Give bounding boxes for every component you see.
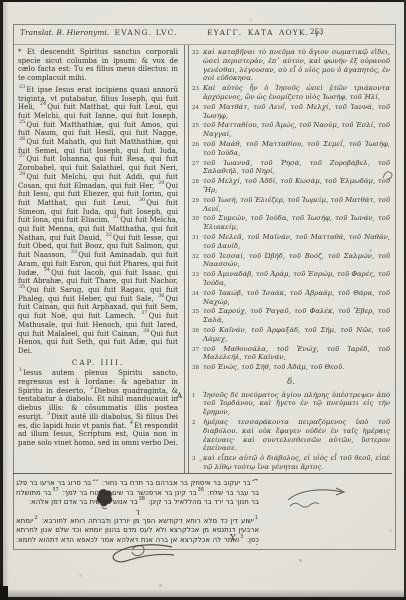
verse-number: 38 xyxy=(143,328,149,334)
column-divider-rule xyxy=(184,45,189,473)
verse-number: 28 xyxy=(192,177,203,195)
latin-genealogy-paragraph: 23Et ipse Iesus erat incipiens quasi ann… xyxy=(18,86,178,356)
greek-verse-row: 2ἡμέρας τεσσαράκοντα πειραζόμενος ὑπὸ το… xyxy=(192,418,390,453)
greek-verse-row: 27τοῦ Ἰωαννᾶ, τοῦ Ῥησά, τοῦ Ζοροβάβελ, τ… xyxy=(192,159,390,177)
verse-text: τοῦ Ἰωαννᾶ, τοῦ Ῥησά, τοῦ Ζοροβάβελ, τοῦ… xyxy=(203,159,390,177)
greek-verse-row: 29τοῦ Ἰωσή, τοῦ Ἐλιέζερ, τοῦ Ἰωρείμ, τοῦ… xyxy=(192,196,390,214)
verse-text: τοῦ Ἰακώβ, τοῦ Ἰσαάκ, τοῦ Ἀβραάμ, τοῦ Θά… xyxy=(203,289,390,307)
verse-number: 4 xyxy=(255,544,258,545)
scan-edge-corner xyxy=(0,586,8,600)
margin-letter-a: A xyxy=(177,392,182,400)
verse-number: 34 xyxy=(192,289,203,307)
verse-number: 36 xyxy=(158,293,164,299)
greek-verse-row: 25τοῦ Ματταθίου, τοῦ Ἀμώς, τοῦ Ναούμ, το… xyxy=(192,121,390,139)
greek-verse-row: 3καὶ εἶπεν αὐτῷ ὁ διάβολος, εἰ υἱὸς εἶ τ… xyxy=(192,454,390,472)
verse-number: 2 xyxy=(35,515,38,521)
verse-number: 29 xyxy=(158,180,164,186)
scan-edge-left xyxy=(0,0,3,600)
page-number: 253 xyxy=(310,28,323,36)
greek-verse-row: 36τοῦ Καϊνάν, τοῦ Ἀρφαξάδ, τοῦ Σήμ, τοῦ … xyxy=(192,326,390,344)
bottom-section-rule xyxy=(13,473,392,474)
verse-number: 27 xyxy=(192,159,203,177)
verse-number: 34 xyxy=(252,479,258,483)
verse-number: 35 xyxy=(192,307,203,325)
verse-text: τοῦ Ἐνώς, τοῦ Σήθ, τοῦ Ἀδάμ, τοῦ Θεοῦ. xyxy=(203,363,390,373)
latin-book-title: EVANG. LVC. xyxy=(115,28,178,37)
header-rule xyxy=(13,44,394,45)
verse-number: 36 xyxy=(192,326,203,344)
verse-number: 1 xyxy=(192,391,203,417)
greek-genealogy-verses: 23Καὶ αὐτὸς ἦν ὁ Ἰησοῦς ὡσεὶ ἐτῶν τριάκο… xyxy=(192,84,390,373)
ink-blot xyxy=(94,487,116,511)
verse-text: τοῦ Ἰωσή, τοῦ Ἐλιέζερ, τοῦ Ἰωρείμ, τοῦ Μ… xyxy=(203,196,390,214)
latin-column: * Et descendit Spiritus sanctus corporal… xyxy=(18,48,178,472)
verse-number: 24 xyxy=(192,103,203,121)
verse-text: τοῦ Μελχί, τοῦ Ἀδδί, τοῦ Κωσάμ, τοῦ Ἐλμω… xyxy=(203,177,390,195)
verse-number: 3 xyxy=(47,411,50,417)
verse-text: τοῦ Μαάθ, τοῦ Ματταθίου, τοῦ Σεμεΐ, τοῦ … xyxy=(203,140,390,158)
greek-verse-row: 33τοῦ Ἀμιναδάβ, τοῦ Ἀράμ, τοῦ Ἐσρώμ, τοῦ… xyxy=(192,270,390,288)
verse-number: 25 xyxy=(192,121,203,139)
syriac-section: 34בר יעקוב בר איסחק בר אברהם בר תרח בר נ… xyxy=(16,479,259,545)
scan-shade-left xyxy=(3,0,9,600)
verse-text: τοῦ Μαθουσάλα, τοῦ Ἑνώχ, τοῦ Ἰαρέδ, τοῦ … xyxy=(203,345,390,363)
greek-verse-row: 38τοῦ Ἐνώς, τοῦ Σήθ, τοῦ Ἀδάμ, τοῦ Θεοῦ. xyxy=(192,363,390,373)
verse-number: 3 xyxy=(240,534,243,540)
latin-chapter4-paragraph: 1Iesus autem plenus Spiritu sancto, regr… xyxy=(18,369,178,447)
verse-number: 2 xyxy=(192,418,203,453)
greek-column: 22καὶ καταβῆναι τὸ πνεῦμα τὸ ἅγιον σωματ… xyxy=(192,48,390,472)
greek-opening-verse: 22καὶ καταβῆναι τὸ πνεῦμα τὸ ἅγιον σωματ… xyxy=(192,48,390,83)
verse-text: τοῦ Συμεών, τοῦ Ἰούδα, τοῦ Ἰωσήφ, τοῦ Ἰω… xyxy=(203,214,390,232)
verse-number: 38 xyxy=(192,363,203,373)
verse-number: 32 xyxy=(192,252,203,270)
verse-number: 26 xyxy=(192,140,203,158)
verse-text: τοῦ Ἰεσσαί, τοῦ Ὠβήδ, τοῦ Βοόζ, τοῦ Σαλμ… xyxy=(203,252,390,270)
verse-text: Ἰησοῦς δὲ πνεύματος ἁγίου πλήρης ὑπέστρε… xyxy=(203,391,390,417)
syriac-chapter-marker: ד xyxy=(16,508,259,517)
verse-text: τοῦ Ματταθίου, τοῦ Ἀμώς, τοῦ Ναούμ, τοῦ … xyxy=(203,121,390,139)
scan-edge-top xyxy=(0,0,406,2)
verse-number: 22 xyxy=(192,48,203,83)
verse-number: 38 xyxy=(139,496,145,502)
verse-number: 4 xyxy=(130,420,133,426)
quire-signature: Y xyxy=(230,533,236,543)
verse-number: 1 xyxy=(19,367,22,373)
verse-text: Καὶ αὐτὸς ἦν ὁ Ἰησοῦς ὡσεὶ ἐτῶν τριάκοντ… xyxy=(203,84,390,102)
translator-title: Translat. B. Hieronymi. xyxy=(20,28,109,37)
verse-number: 27 xyxy=(19,153,25,159)
running-header-latin: Translat. B. Hieronymi. EVANG. LVC. xyxy=(20,28,178,37)
verse-number: 35 xyxy=(92,479,98,483)
scan-shade-bottom xyxy=(3,589,404,597)
greek-verse-row: 30τοῦ Συμεών, τοῦ Ἰούδα, τοῦ Ἰωσήφ, τοῦ … xyxy=(192,214,390,232)
verse-text: τοῦ Καϊνάν, τοῦ Ἀρφαξάδ, τοῦ Σήμ, τοῦ Νῶ… xyxy=(203,326,390,344)
verse-number: 37 xyxy=(52,487,58,493)
scanned-book-page: Translat. B. Hieronymi. EVANG. LVC. ΕΥΑΓ… xyxy=(0,0,406,600)
verse-number: 29 xyxy=(192,196,203,214)
verse-number: 28 xyxy=(19,171,25,177)
verse-number: 1 xyxy=(255,515,258,521)
greek-verse-row: 31τοῦ Μελεᾶ, τοῦ Μαϊνάν, τοῦ Ματταθά, το… xyxy=(192,233,390,251)
verse-number: 36 xyxy=(198,487,204,493)
running-header-greek: ΕΥΑΓΓ. ΚΑΤΑ ΛΟΥΚ. γ. xyxy=(207,28,324,37)
greek-chapter-marker: δ. xyxy=(192,378,390,387)
greek-verse-row: 1Ἰησοῦς δὲ πνεύματος ἁγίου πλήρης ὑπέστρ… xyxy=(192,391,390,417)
verse-number: 33 xyxy=(71,249,77,255)
greek-verse-row: 22καὶ καταβῆναι τὸ πνεῦμα τὸ ἅγιον σωματ… xyxy=(192,48,390,83)
verse-text: καὶ καταβῆναι τὸ πνεῦμα τὸ ἅγιον σωματικ… xyxy=(203,48,390,83)
greek-verse-row: 34τοῦ Ἰακώβ, τοῦ Ἰσαάκ, τοῦ Ἀβραάμ, τοῦ … xyxy=(192,289,390,307)
verse-number: 37 xyxy=(141,310,147,316)
syriac-genealogy-paragraph: 34בר יעקוב בר איסחק בר אברהם בר תרח בר נ… xyxy=(16,479,259,508)
greek-verse-row: 23Καὶ αὐτὸς ἦν ὁ Ἰησοῦς ὡσεὶ ἐτῶν τριάκο… xyxy=(192,84,390,102)
verse-number: 3 xyxy=(192,454,203,472)
verse-number: 30 xyxy=(192,214,203,232)
verse-number: 23 xyxy=(192,84,203,102)
verse-number: 30 xyxy=(139,197,145,203)
handwritten-scribble-right xyxy=(286,482,348,510)
verse-number: 33 xyxy=(192,270,203,288)
verse-text: ἡμέρας τεσσαράκοντα πειραζόμενος ὑπὸ τοῦ… xyxy=(203,418,390,453)
latin-opening-paragraph: * Et descendit Spiritus sanctus corporal… xyxy=(18,48,178,83)
greek-verse-row: 26τοῦ Μαάθ, τοῦ Ματταθίου, τοῦ Σεμεΐ, το… xyxy=(192,140,390,158)
verse-number: 2 xyxy=(90,385,93,391)
greek-verse-row: 32τοῦ Ἰεσσαί, τοῦ Ὠβήδ, τοῦ Βοόζ, τοῦ Σα… xyxy=(192,252,390,270)
verse-number: 35 xyxy=(19,284,25,290)
verse-text: τοῦ Σαρούχ, τοῦ Ῥαγαῦ, τοῦ Φαλέκ, τοῦ Ἕβ… xyxy=(203,307,390,325)
chapter-heading: CAP. IIII. xyxy=(18,359,178,368)
verse-text: τοῦ Ἀμιναδάβ, τοῦ Ἀράμ, τοῦ Ἐσρώμ, τοῦ Φ… xyxy=(203,270,390,288)
verse-number: 34 xyxy=(44,267,50,273)
verse-number: 26 xyxy=(19,136,25,142)
verse-number: 31 xyxy=(192,233,203,251)
verse-number: 24 xyxy=(40,101,46,107)
greek-verse-row: 35τοῦ Σαρούχ, τοῦ Ῥαγαῦ, τοῦ Φαλέκ, τοῦ … xyxy=(192,307,390,325)
greek-verse-row: 37τοῦ Μαθουσάλα, τοῦ Ἑνώχ, τοῦ Ἰαρέδ, το… xyxy=(192,345,390,363)
greek-chapter4-verses: 1Ἰησοῦς δὲ πνεύματος ἁγίου πλήρης ὑπέστρ… xyxy=(192,391,390,472)
margin-mark xyxy=(380,167,394,183)
verse-text: τοῦ Ματθάτ, τοῦ Λευΐ, τοῦ Μελχί, τοῦ Ἰαν… xyxy=(203,103,390,121)
greek-verse-row: 28τοῦ Μελχί, τοῦ Ἀδδί, τοῦ Κωσάμ, τοῦ Ἐλ… xyxy=(192,177,390,195)
verse-text: καὶ εἶπεν αὐτῷ ὁ διάβολος, εἰ υἱὸς εἶ το… xyxy=(203,454,390,472)
verse-number: 37 xyxy=(192,345,203,363)
verse-text: τοῦ Μελεᾶ, τοῦ Μαϊνάν, τοῦ Ματταθά, τοῦ … xyxy=(203,233,390,251)
verse-number: 23 xyxy=(19,84,25,90)
greek-verse-row: 24τοῦ Ματθάτ, τοῦ Λευΐ, τοῦ Μελχί, τοῦ Ἰ… xyxy=(192,103,390,121)
verse-number: 31 xyxy=(113,214,119,220)
verse-number: 25 xyxy=(19,119,25,125)
handwritten-scribble-bottom xyxy=(106,540,178,570)
verse-number: 32 xyxy=(106,232,112,238)
